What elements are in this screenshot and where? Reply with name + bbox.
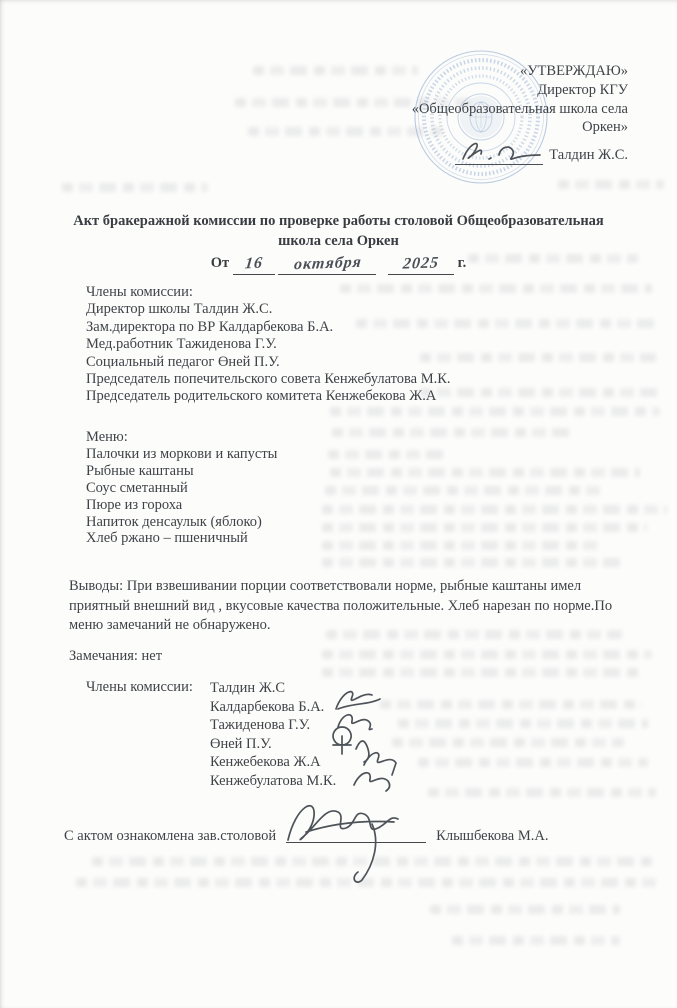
menu-item: Хлеб ржано – пшеничный [86,530,277,547]
approval-line-3: «Общеобразовательная школа села [298,100,628,119]
handwritten-year: 2025 [402,253,440,274]
commission-member: Председатель попечительского совета Кенж… [86,371,451,388]
conclusions-paragraph: Выводы: При взвешивании порции соответст… [69,577,620,636]
handwritten-day: 16 [244,254,264,274]
approval-line-2: Директор КГУ [298,81,628,100]
approval-signer-name: Талдин Ж.С. [549,146,628,165]
approval-line-4: Оркен» [298,118,628,137]
remarks-line: Замечания: нет [69,648,162,665]
signatures-heading: Члены комиссии: [86,679,193,696]
acknowledgement-line: С актом ознакомлена зав.столовой Клышбек… [64,822,548,845]
commission-members-list: Члены комиссии: Директор школы Талдин Ж.… [86,284,451,406]
commission-member: Социальный педагог Өней П.У. [86,354,451,371]
scanned-document-page: «УТВЕРЖДАЮ» Директор КГУ «Общеобразовате… [0,0,677,1008]
head-cook-signature [286,822,426,843]
head-cook-name: Клышбекова М.А. [436,828,548,845]
menu-heading: Меню: [86,429,277,446]
menu-list: Меню: Палочки из моркови и капусты Рыбны… [86,429,277,547]
date-suffix: г. [458,255,467,271]
approval-block: «УТВЕРЖДАЮ» Директор КГУ «Общеобразовате… [298,62,628,165]
commission-member: Мед.работник Тажиденова Г.У. [86,336,451,353]
title-line-1: Акт бракеражной комиссии по проверке раб… [30,212,647,232]
date-line: От 16 октября 2025 г. [30,253,647,275]
menu-item: Палочки из моркови и капусты [86,446,277,463]
menu-item: Напиток денсаулык (яблоко) [86,514,277,531]
menu-item: Соус сметанный [86,480,277,497]
commission-member: Председатель родительского комитета Кенж… [86,388,451,405]
handwritten-month: октября [292,253,362,275]
document-title: Акт бракеражной комиссии по проверке раб… [30,212,647,275]
director-signature [455,140,543,165]
menu-item: Рыбные каштаны [86,463,277,480]
acknowledgement-text: С актом ознакомлена зав.столовой [64,828,276,845]
commission-member: Зам.директора по ВР Калдарбекова Б.А. [86,319,451,336]
title-line-2: школа села Оркен [30,232,647,252]
menu-item: Пюре из гороха [86,497,277,514]
date-prefix: От [211,255,229,271]
commission-member: Директор школы Талдин Ж.С. [86,301,451,318]
committee-signatures [312,683,442,803]
approval-line-1: «УТВЕРЖДАЮ» [298,62,628,81]
commission-heading: Члены комиссии: [86,284,451,301]
